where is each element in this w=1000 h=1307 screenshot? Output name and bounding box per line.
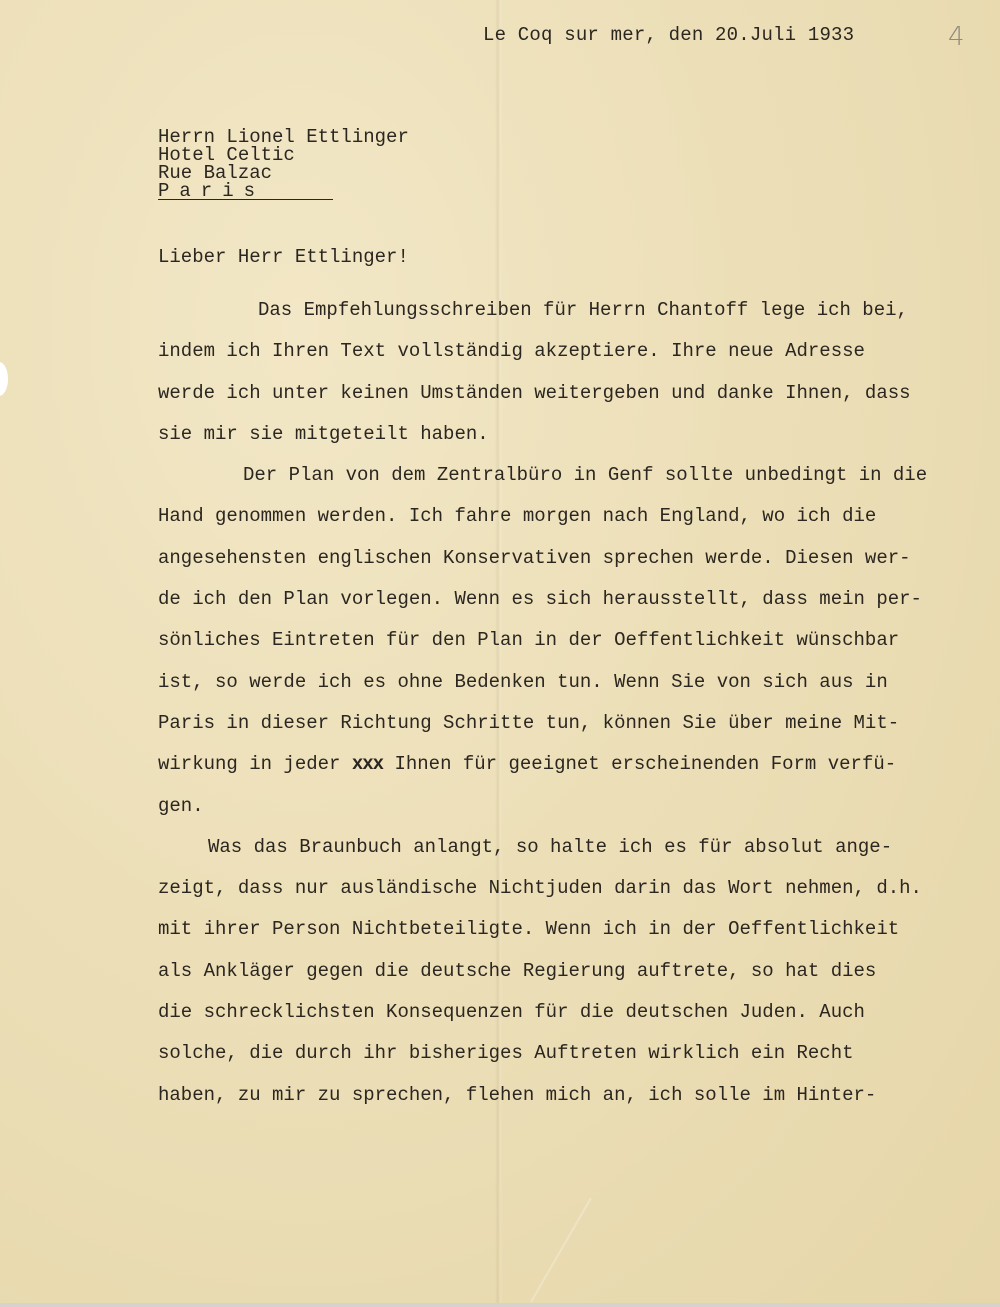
typed-strikeout: xxx <box>352 753 383 775</box>
body-line: gen. <box>158 786 988 827</box>
body-line: Das Empfehlungsschreiben für Herrn Chant… <box>158 290 988 331</box>
body-line: Der Plan von dem Zentralbüro in Genf sol… <box>158 455 988 496</box>
body-line: ist, so werde ich es ohne Bedenken tun. … <box>158 662 988 703</box>
body-text: wirkung in jeder <box>158 753 340 775</box>
dateline: Le Coq sur mer, den 20.Juli 1933 <box>483 24 854 46</box>
body-line: haben, zu mir zu sprechen, flehen mich a… <box>158 1075 988 1116</box>
body-line: mit ihrer Person Nichtbeteiligte. Wenn i… <box>158 909 988 950</box>
body-line: die schrecklichsten Konsequenzen für die… <box>158 992 988 1033</box>
body-line: de ich den Plan vorlegen. Wenn es sich h… <box>158 579 988 620</box>
body-line: angesehensten englischen Konservativen s… <box>158 538 988 579</box>
body-line: wirkung in jeder xxx Ihnen für geeignet … <box>158 744 988 785</box>
body-line: sie mir sie mitgeteilt haben. <box>158 414 988 455</box>
body-line: Was das Braunbuch anlangt, so halte ich … <box>158 827 988 868</box>
body-line: zeigt, dass nur ausländische Nichtjuden … <box>158 868 988 909</box>
body-line: sönliches Eintreten für den Plan in der … <box>158 620 988 661</box>
letter-page: Le Coq sur mer, den 20.Juli 1933 4 Herrn… <box>0 0 1000 1307</box>
paper-tear-notch <box>0 362 8 396</box>
letter-body: Das Empfehlungsschreiben für Herrn Chant… <box>158 290 988 1116</box>
body-line: Hand genommen werden. Ich fahre morgen n… <box>158 496 988 537</box>
body-text: Ihnen für geeignet erscheinenden Form ve… <box>394 753 896 775</box>
body-line: indem ich Ihren Text vollständig akzepti… <box>158 331 988 372</box>
salutation: Lieber Herr Ettlinger! <box>158 246 409 268</box>
paper-crease <box>530 1198 592 1303</box>
body-line: als Ankläger gegen die deutsche Regierun… <box>158 951 988 992</box>
address-line-city: Paris <box>158 183 333 200</box>
paper-bottom-edge <box>0 1303 1000 1307</box>
body-line: werde ich unter keinen Umständen weiterg… <box>158 373 988 414</box>
recipient-address: Herrn Lionel Ettlinger Hotel Celtic Rue … <box>158 128 409 200</box>
body-line: solche, die durch ihr bisheriges Auftret… <box>158 1033 988 1074</box>
handwritten-page-number: 4 <box>948 22 965 52</box>
body-line: Paris in dieser Richtung Schritte tun, k… <box>158 703 988 744</box>
